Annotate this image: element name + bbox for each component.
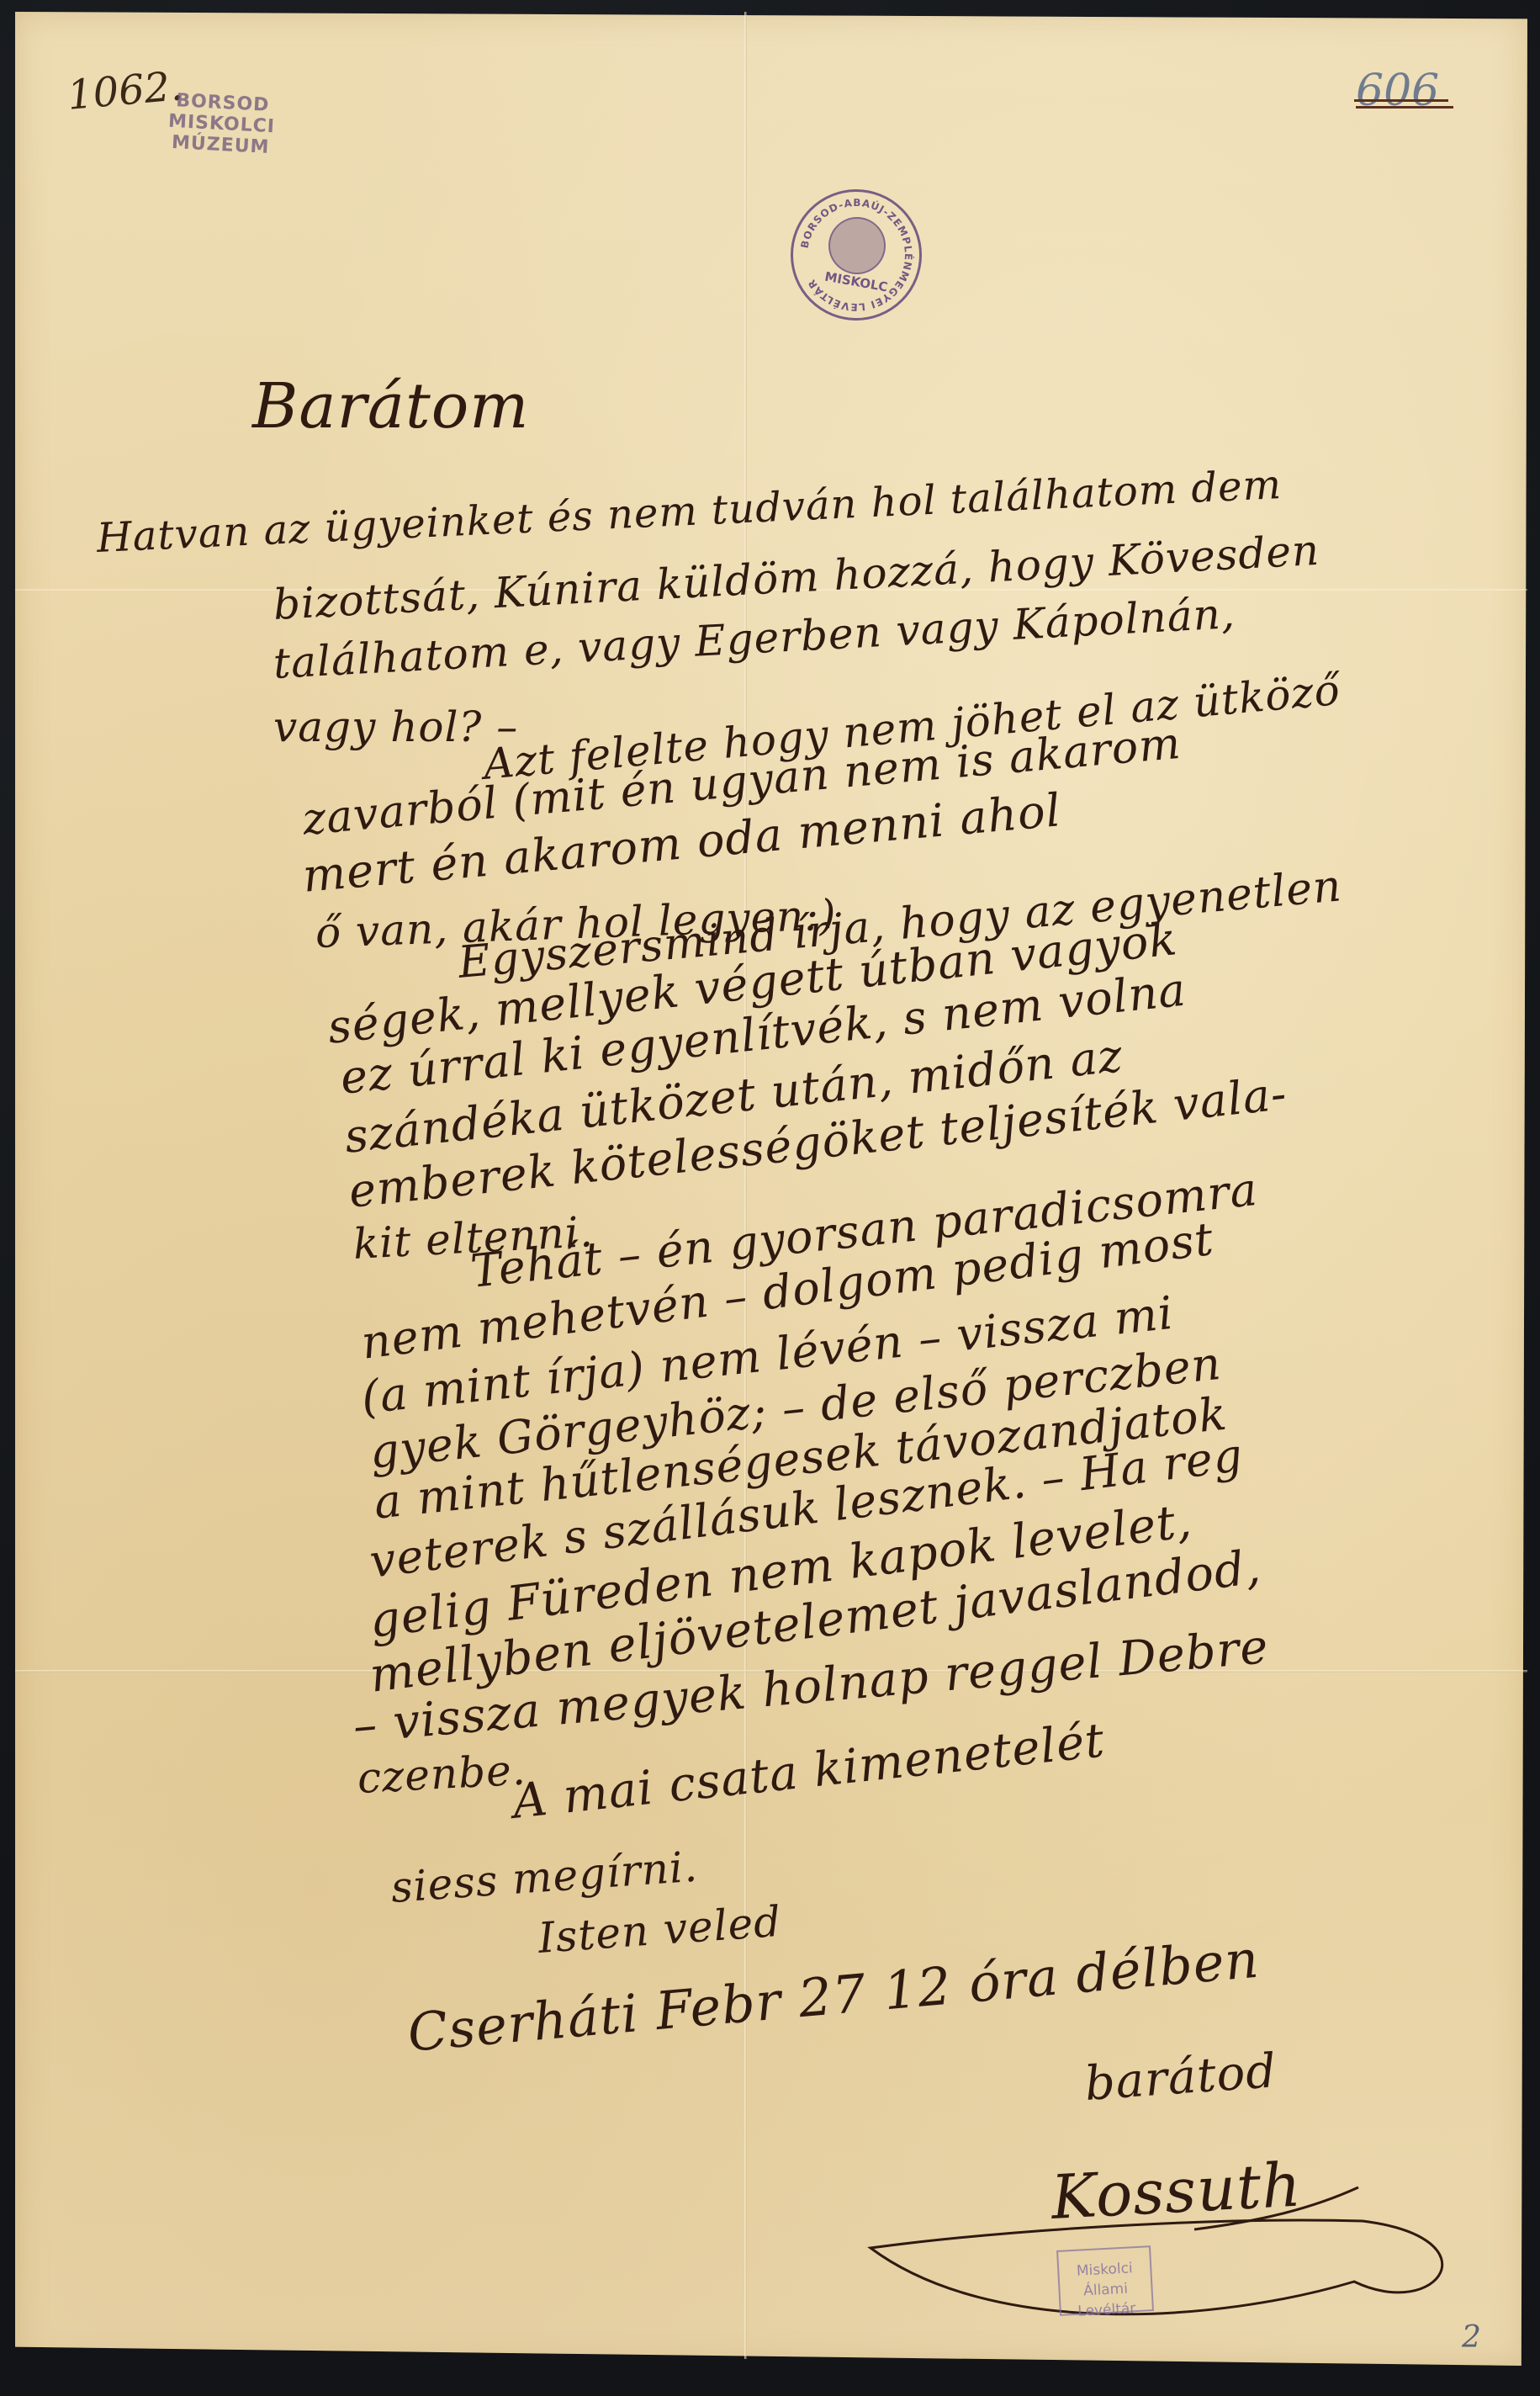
strike-line (1354, 99, 1448, 102)
strike-line (1356, 106, 1453, 109)
page-number: 2 (1462, 2320, 1481, 2355)
letter-line: czenbe. (356, 1746, 527, 1803)
archive-round-stamp: BORSOD-ABAÚJ-ZEMPLÉNMEGYEI LEVÉLTÁR MISK… (791, 189, 922, 321)
museum-stamp: BORSOD MISKOLCI MÚZEUM (167, 90, 277, 159)
signature: Kossuth (1050, 2149, 1304, 2232)
state-archive-stamp: Miskolci Állami Levéltár (1056, 2245, 1154, 2316)
archive-stamp-line: Állami Levéltár (1060, 2277, 1152, 2323)
coat-of-arms-icon (828, 217, 886, 274)
struck-old-number: 606 (1356, 66, 1439, 116)
catalog-number: 1062. (66, 62, 185, 119)
salutation: Barátom (252, 370, 529, 443)
